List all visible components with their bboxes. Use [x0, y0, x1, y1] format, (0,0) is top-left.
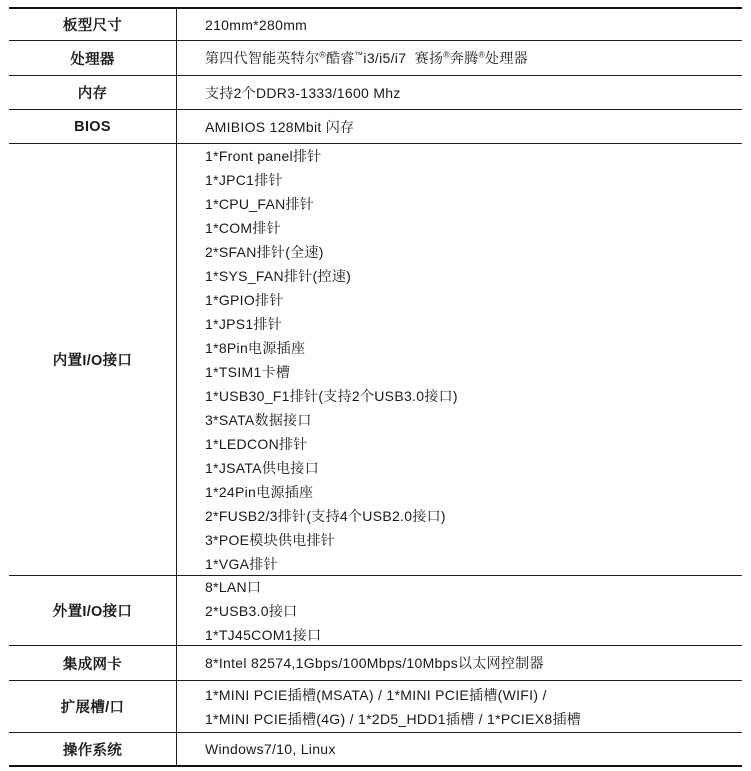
table-row-bios: BIOS AMIBIOS 128Mbit 闪存: [9, 110, 742, 144]
value-line: 1*SYS_FAN排针(控速): [205, 264, 734, 288]
value-line: 2*USB3.0接口: [205, 599, 734, 623]
value-line: 210mm*280mm: [205, 13, 734, 37]
value-line: 1*LEDCON排针: [205, 432, 734, 456]
value-line: 1*USB30_F1排针(支持2个USB3.0接口): [205, 384, 734, 408]
row-label: 集成网卡: [9, 646, 176, 680]
row-value: 8*LAN口 2*USB3.0接口 1*TJ45COM1接口: [176, 576, 742, 645]
row-label: 内置I/O接口: [9, 144, 176, 575]
value-line: 2*FUSB2/3排针(支持4个USB2.0接口): [205, 504, 734, 528]
row-value: 1*Front panel排针 1*JPC1排针 1*CPU_FAN排针 1*C…: [176, 144, 742, 575]
value-line: 8*LAN口: [205, 575, 734, 599]
table-row-processor: 处理器 第四代智能英特尔®酷睿™i3/i5/i7 赛扬®奔腾®处理器: [9, 41, 742, 76]
value-line: AMIBIOS 128Mbit 闪存: [205, 115, 734, 139]
row-value: 1*MINI PCIE插槽(MSATA) / 1*MINI PCIE插槽(WIF…: [176, 681, 742, 732]
table-row-os: 操作系统 Windows7/10, Linux: [9, 733, 742, 765]
row-value: 支持2个DDR3-1333/1600 Mhz: [176, 76, 742, 109]
value-line: 1*JPC1排针: [205, 168, 734, 192]
table-row-expansion-slots: 扩展槽/口 1*MINI PCIE插槽(MSATA) / 1*MINI PCIE…: [9, 681, 742, 733]
value-line: 1*TJ45COM1接口: [205, 623, 734, 647]
value-line: 支持2个DDR3-1333/1600 Mhz: [205, 81, 734, 105]
value-line: 1*GPIO排针: [205, 288, 734, 312]
row-label: 操作系统: [9, 733, 176, 765]
row-label: BIOS: [9, 110, 176, 143]
row-label: 板型尺寸: [9, 9, 176, 40]
value-line: 1*VGA排针: [205, 552, 734, 576]
value-line: 3*POE模块供电排针: [205, 528, 734, 552]
value-line: 第四代智能英特尔®酷睿™i3/i5/i7 赛扬®奔腾®处理器: [205, 46, 734, 70]
value-line: 2*SFAN排针(全速): [205, 240, 734, 264]
row-label: 外置I/O接口: [9, 576, 176, 645]
value-line: Windows7/10, Linux: [205, 737, 734, 761]
row-value: 第四代智能英特尔®酷睿™i3/i5/i7 赛扬®奔腾®处理器: [176, 41, 742, 75]
row-value: 210mm*280mm: [176, 9, 742, 40]
spec-sheet-page: 板型尺寸 210mm*280mm 处理器 第四代智能英特尔®酷睿™i3/i5/i…: [0, 0, 751, 771]
value-line: 8*Intel 82574,1Gbps/100Mbps/10Mbps以太网控制器: [205, 651, 734, 675]
value-line: 1*TSIM1卡槽: [205, 360, 734, 384]
value-line: 1*8Pin电源插座: [205, 336, 734, 360]
value-line: 1*JSATA供电接口: [205, 456, 734, 480]
row-value: AMIBIOS 128Mbit 闪存: [176, 110, 742, 143]
row-value: 8*Intel 82574,1Gbps/100Mbps/10Mbps以太网控制器: [176, 646, 742, 680]
row-label: 处理器: [9, 41, 176, 75]
value-line: 1*MINI PCIE插槽(MSATA) / 1*MINI PCIE插槽(WIF…: [205, 683, 734, 707]
row-value: Windows7/10, Linux: [176, 733, 742, 765]
table-row-internal-io: 内置I/O接口 1*Front panel排针 1*JPC1排针 1*CPU_F…: [9, 144, 742, 576]
value-line: 1*JPS1排针: [205, 312, 734, 336]
value-line: 1*CPU_FAN排针: [205, 192, 734, 216]
spec-table: 板型尺寸 210mm*280mm 处理器 第四代智能英特尔®酷睿™i3/i5/i…: [9, 7, 742, 767]
table-row-memory: 内存 支持2个DDR3-1333/1600 Mhz: [9, 76, 742, 110]
value-line: 1*Front panel排针: [205, 144, 734, 168]
value-line: 1*24Pin电源插座: [205, 480, 734, 504]
table-row-external-io: 外置I/O接口 8*LAN口 2*USB3.0接口 1*TJ45COM1接口: [9, 576, 742, 646]
value-line: 3*SATA数据接口: [205, 408, 734, 432]
row-label: 内存: [9, 76, 176, 109]
row-label: 扩展槽/口: [9, 681, 176, 732]
value-line: 1*COM排针: [205, 216, 734, 240]
value-line: 1*MINI PCIE插槽(4G) / 1*2D5_HDD1插槽 / 1*PCI…: [205, 707, 734, 731]
table-row-ethernet: 集成网卡 8*Intel 82574,1Gbps/100Mbps/10Mbps以…: [9, 646, 742, 681]
table-row-board-size: 板型尺寸 210mm*280mm: [9, 9, 742, 41]
